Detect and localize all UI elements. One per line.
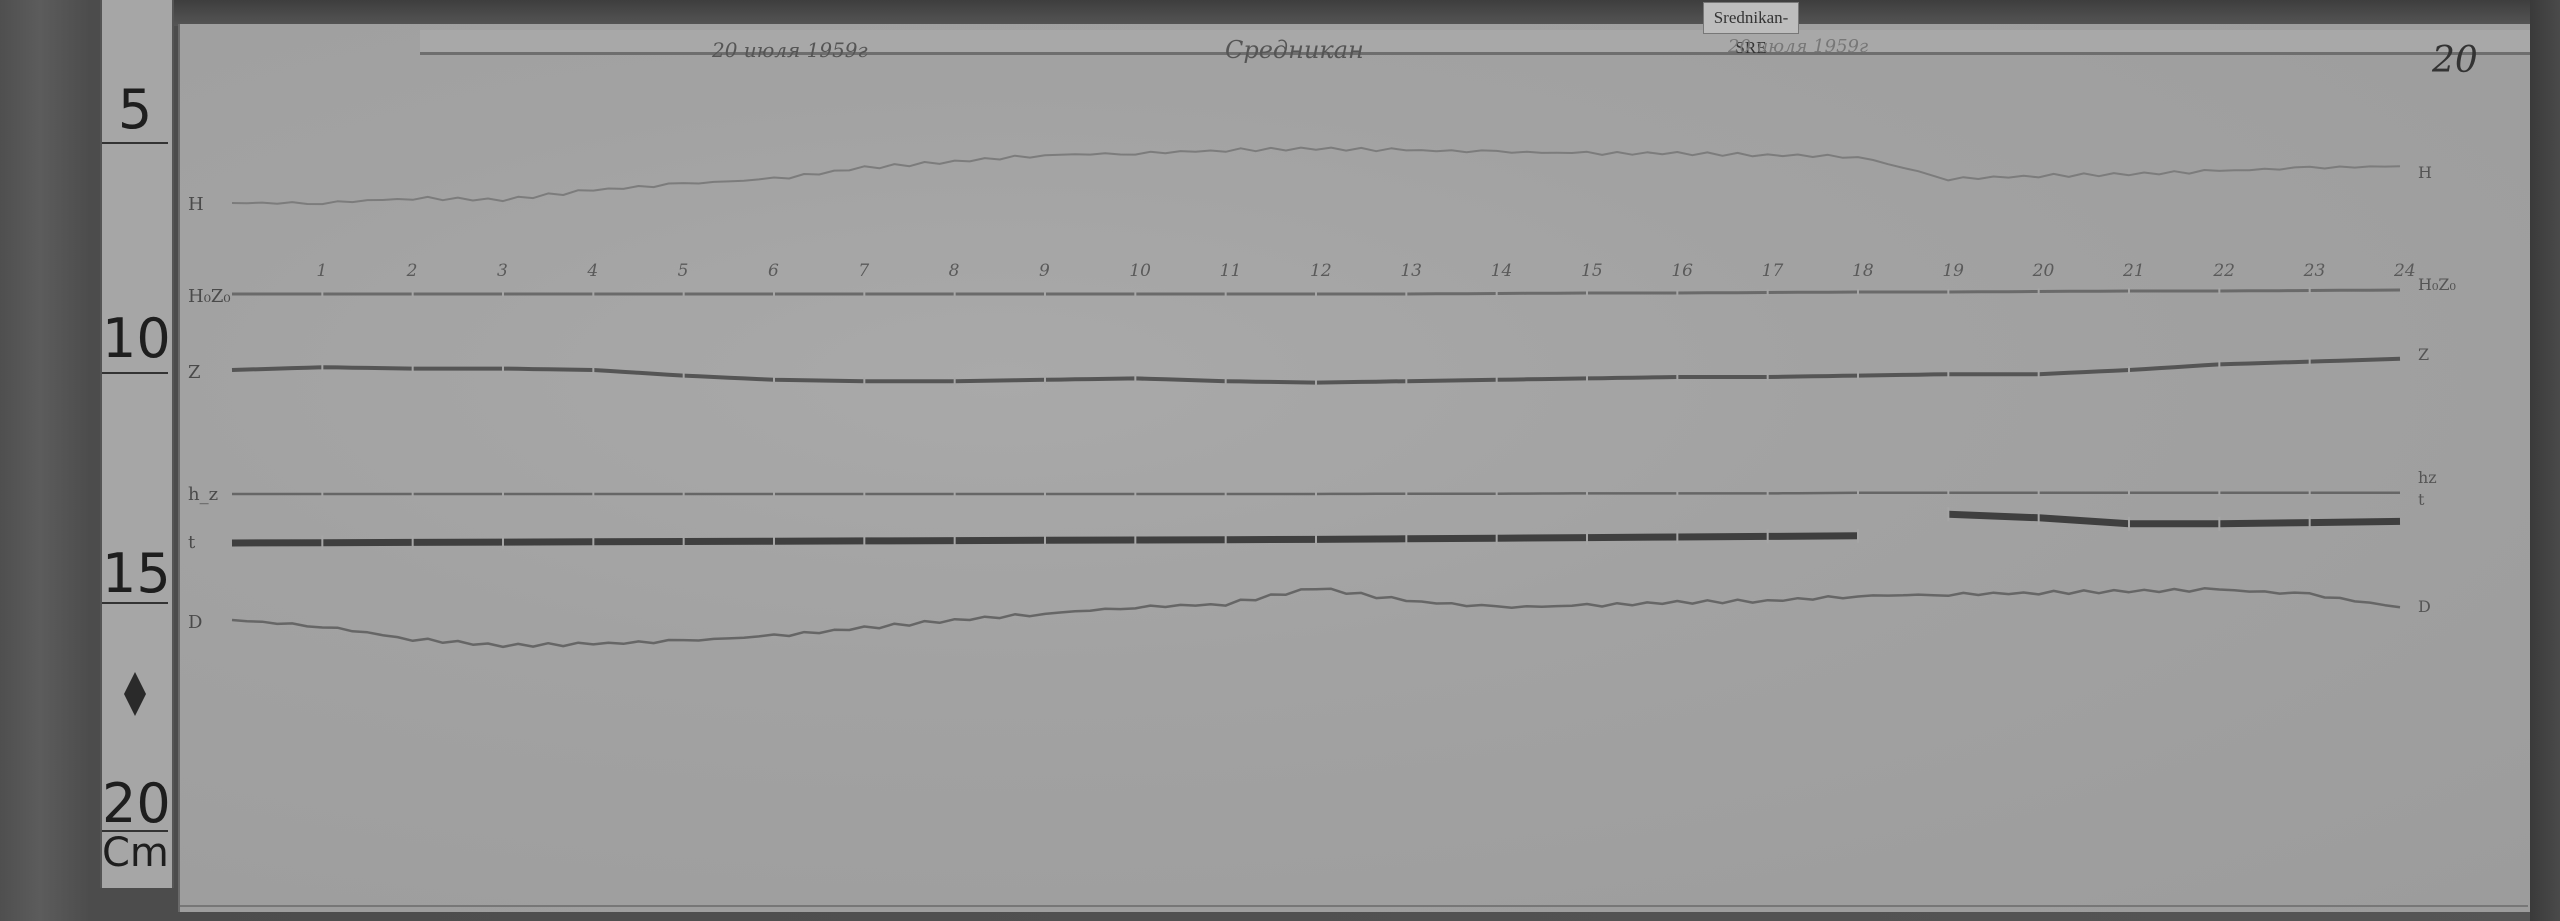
- trace-h: HH: [188, 148, 2432, 215]
- trace-label-left: Z: [188, 362, 201, 383]
- magnetogram-traces: 123456789101112131415161718192021222324H…: [0, 0, 2560, 921]
- hour-tick-label: 15: [1581, 261, 1603, 281]
- trace-label-left: H: [188, 194, 204, 215]
- trace-label-right: H: [2418, 163, 2432, 182]
- hour-tick-label: 4: [586, 261, 598, 281]
- hour-tick-label: 17: [1762, 261, 1784, 281]
- hour-tick-label: 12: [1310, 261, 1332, 281]
- hour-tick-label: 6: [768, 261, 779, 281]
- hour-tick-label: 20: [2032, 261, 2055, 281]
- hour-tick-label: 22: [2212, 261, 2235, 281]
- hour-tick-label: 7: [858, 261, 869, 281]
- hour-tick-label: 18: [1852, 261, 1874, 281]
- hour-tick-label: 3: [497, 261, 508, 281]
- hour-tick-label: 8: [949, 261, 960, 281]
- trace-label-left: D: [188, 612, 202, 633]
- hour-tick-label: 1: [316, 261, 327, 281]
- trace-z: ZZ: [188, 345, 2429, 387]
- trace-hz: h_zhz: [188, 468, 2437, 505]
- trace-label-right: Z: [2418, 345, 2429, 364]
- trace-label-left: h_z: [188, 484, 218, 505]
- hour-tick-label: 23: [2303, 261, 2326, 281]
- trace-label-left: H₀Z₀: [188, 286, 231, 307]
- hour-tick-label: 5: [678, 261, 689, 281]
- hour-tick-label: 11: [1220, 261, 1242, 281]
- hour-tick-label: 16: [1671, 261, 1693, 281]
- trace-label-right: D: [2418, 597, 2431, 616]
- hour-tick-label: 13: [1400, 261, 1422, 281]
- hour-tick-label: 14: [1491, 261, 1513, 281]
- hour-tick-label: 10: [1129, 261, 1151, 281]
- trace-label-right: hz: [2418, 468, 2437, 487]
- hour-tick-label: 24: [2393, 261, 2416, 281]
- trace-label-right: H₀Z₀: [2418, 275, 2456, 294]
- hour-tick-label: 21: [2122, 261, 2145, 281]
- trace-t: tt: [188, 490, 2425, 553]
- hour-tick-label: 2: [406, 261, 418, 281]
- trace-d: DD: [188, 588, 2431, 647]
- trace-label-right: t: [2418, 490, 2425, 509]
- hour-tick-label: 9: [1039, 261, 1050, 281]
- hour-tick-label: 19: [1942, 261, 1964, 281]
- trace-label-left: t: [188, 532, 196, 553]
